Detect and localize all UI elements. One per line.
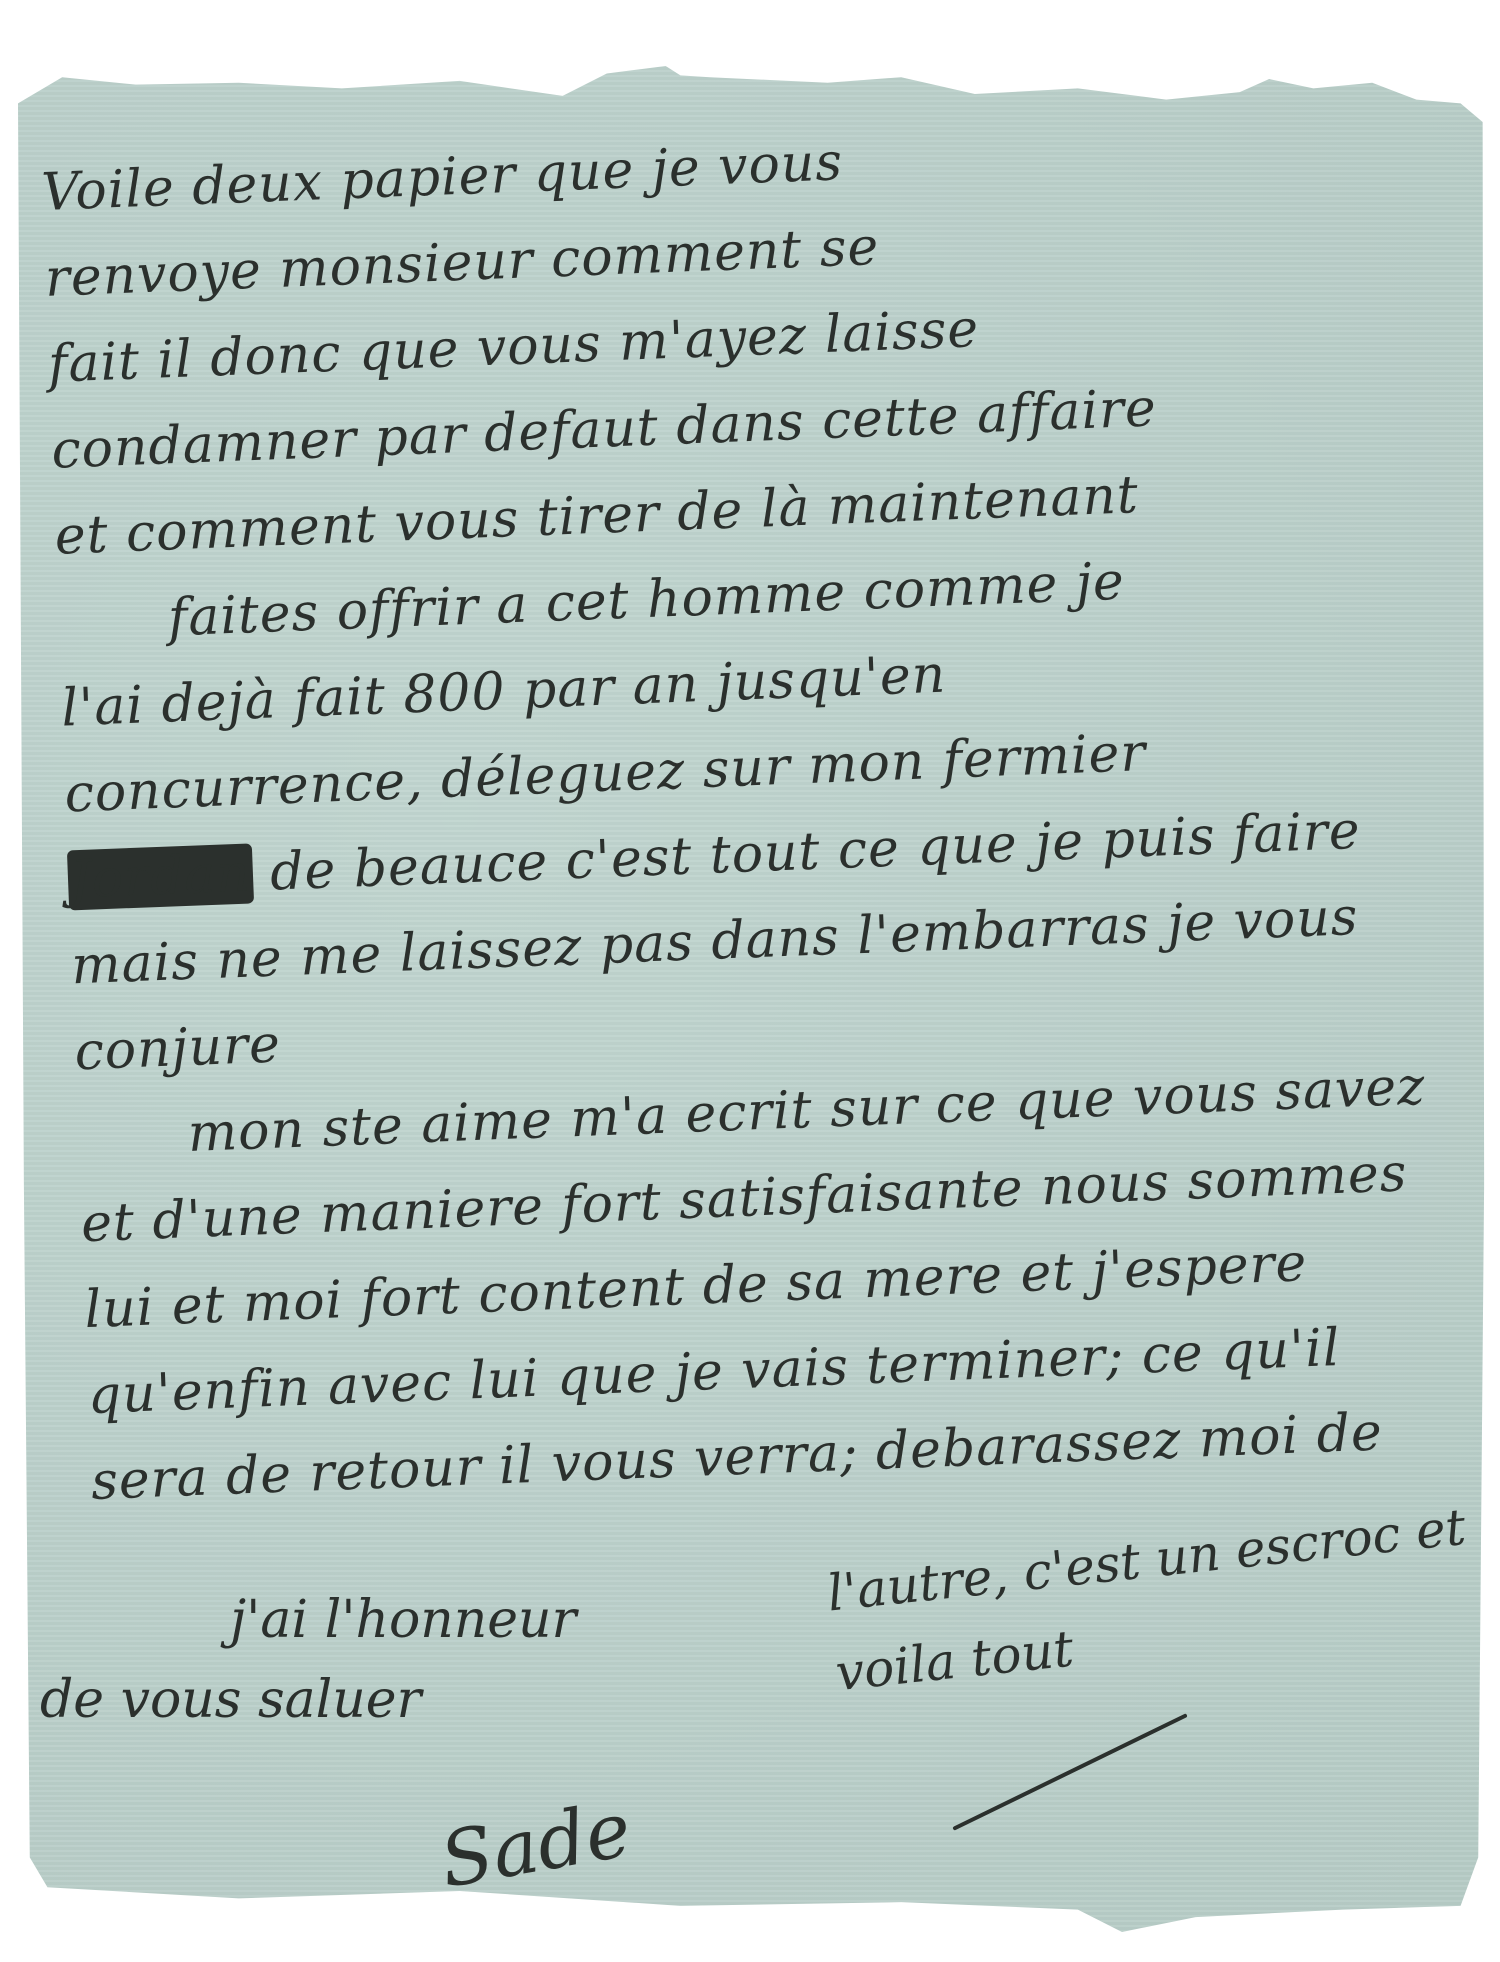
closing-line: j'ai l'honneur xyxy=(40,1580,576,1660)
closing-line: de vous saluer xyxy=(40,1660,576,1740)
letter-body: Voile deux papier que je vous renvoye mo… xyxy=(40,95,1500,1524)
closing-salutation: j'ai l'honneur de vous saluer xyxy=(40,1580,576,1740)
struck-word: Jordan xyxy=(67,843,254,910)
